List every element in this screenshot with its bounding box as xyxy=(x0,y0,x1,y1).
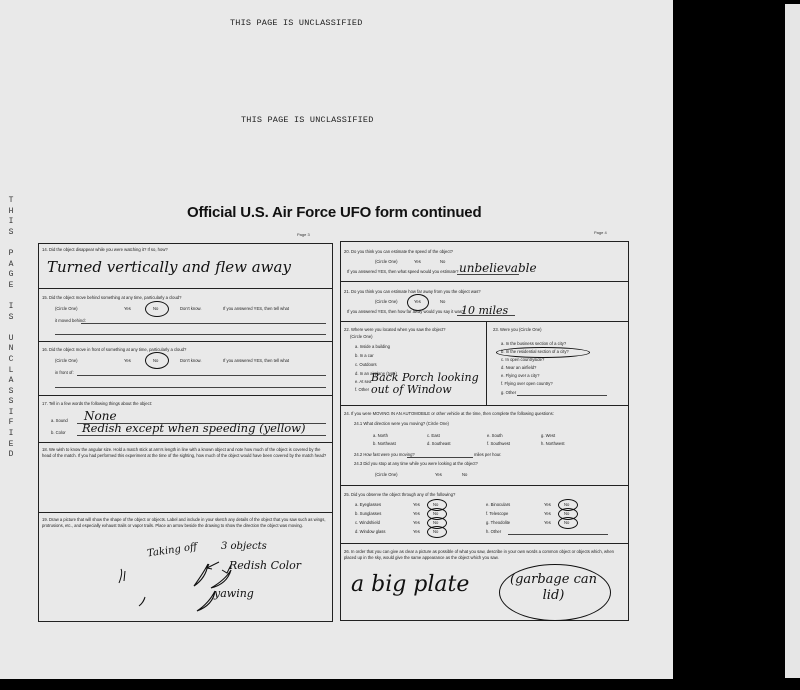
option-yes[interactable]: Yes xyxy=(544,520,551,526)
question-23-text: 23. Were you (Circle One) xyxy=(493,327,542,333)
location-option-c[interactable]: c. Outdoors xyxy=(355,362,377,368)
circle-one-label: (Circle One) xyxy=(375,259,398,265)
stamp-letter: I xyxy=(6,302,16,313)
stamp-letter xyxy=(6,238,16,249)
stamp-letter: I xyxy=(6,429,16,440)
direction-northwest[interactable]: h. Northwest xyxy=(541,441,565,447)
stamp-letter: A xyxy=(6,376,16,387)
option-no[interactable]: No xyxy=(462,472,467,478)
option-yes[interactable]: Yes xyxy=(414,259,421,265)
stamp-letter: S xyxy=(6,397,16,408)
stamp-letter: S xyxy=(6,387,16,398)
direction-west[interactable]: g. West xyxy=(541,433,555,439)
classification-stamp-top: THIS PAGE IS UNCLASSIFIED xyxy=(230,18,363,28)
observation-label: g. Theodolite xyxy=(486,520,510,526)
question-15: 15. Did the object move behind something… xyxy=(39,289,332,342)
stamp-letter: E xyxy=(6,281,16,292)
direction-southeast[interactable]: d. Southeast xyxy=(427,441,451,447)
question-17: 17. Tell in a few words the following th… xyxy=(39,396,332,443)
adjacent-page-edge xyxy=(785,4,800,678)
question-15-text: 15. Did the object move behind something… xyxy=(42,295,181,301)
observation-label: c. Windshield xyxy=(355,520,380,526)
answer-circle xyxy=(558,517,578,529)
question-22-23: 22. Where were you located when you saw … xyxy=(341,322,628,406)
observation-label: b. Sunglasses xyxy=(355,511,381,517)
direction-northeast[interactable]: b. Northeast xyxy=(373,441,396,447)
question-16-text: 16. Did the object move in front of some… xyxy=(42,347,186,353)
direction-north[interactable]: a. North xyxy=(373,433,388,439)
question-20: 20. Do you think you can estimate the sp… xyxy=(341,242,628,282)
classification-stamp-mid: THIS PAGE IS UNCLASSIFIED xyxy=(241,115,374,125)
question-14-text: 14. Did the object disappear while you w… xyxy=(42,247,168,253)
circle-one-label: (Circle One) xyxy=(350,334,373,340)
answer-line[interactable] xyxy=(81,323,326,324)
speed-unit: miles per hour. xyxy=(474,452,501,458)
question-24: 24. If you were MOVING IN AN AUTOMOBILE … xyxy=(341,406,628,486)
question-14: 14. Did the object disappear while you w… xyxy=(39,244,332,289)
stamp-letter: H xyxy=(6,207,16,218)
option-yes[interactable]: Yes xyxy=(124,306,131,312)
option-dont-know[interactable]: Don't know. xyxy=(180,358,202,364)
option-no[interactable]: No xyxy=(440,299,445,305)
location-option-f[interactable]: f. Other xyxy=(355,387,369,393)
stamp-letter xyxy=(6,323,16,334)
answer-line[interactable] xyxy=(55,387,326,388)
circle-one-label: (Circle One) xyxy=(55,358,78,364)
observation-label: f. Telescope xyxy=(486,511,508,517)
answer-line[interactable] xyxy=(77,375,326,376)
stamp-letter: T xyxy=(6,196,16,207)
option-dont-know[interactable]: Don't know. xyxy=(180,306,202,312)
question-19: 19. Draw a picture that will show the sh… xyxy=(39,513,332,621)
question-24-2-text: 24.2 How fast were you moving? xyxy=(354,452,415,458)
answer-line xyxy=(77,435,326,436)
area-option-c[interactable]: c. In open countryside? xyxy=(501,357,544,363)
option-no[interactable]: No xyxy=(440,259,445,265)
form-page-3: 14. Did the object disappear while you w… xyxy=(38,243,333,622)
location-option-a[interactable]: a. Inside a building xyxy=(355,344,390,350)
stamp-letter: S xyxy=(6,228,16,239)
observation-label: a. Eyeglasses xyxy=(355,502,381,508)
question-19-text: 19. Draw a picture that will show the sh… xyxy=(42,517,328,528)
sound-label: a. Sound xyxy=(51,418,68,424)
color-label: b. Color xyxy=(51,430,66,436)
circle-one-label: (Circle One) xyxy=(375,299,398,305)
circle-one-label: (Circle One) xyxy=(55,306,78,312)
followup-text: If you answered YES, then what speed wou… xyxy=(347,269,458,275)
column-divider xyxy=(486,322,487,405)
answer-circle xyxy=(145,301,169,317)
option-yes[interactable]: Yes xyxy=(413,520,420,526)
question-25: 25. Did you observe the object through a… xyxy=(341,486,628,544)
answer-14[interactable]: Turned vertically and flew away xyxy=(47,258,291,276)
area-option-d[interactable]: d. Near an airfield? xyxy=(501,365,536,371)
option-yes[interactable]: Yes xyxy=(413,529,420,535)
speed-input-line[interactable] xyxy=(407,457,473,458)
question-26-text: 26. In order that you can give as clear … xyxy=(344,549,624,560)
stamp-letter: G xyxy=(6,270,16,281)
stamp-letter: E xyxy=(6,440,16,451)
stamp-letter: L xyxy=(6,366,16,377)
answer-22-other[interactable]: Back Porch looking out of Window xyxy=(371,372,479,396)
direction-south[interactable]: e. South xyxy=(487,433,503,439)
option-yes[interactable]: Yes xyxy=(544,511,551,517)
question-24-text: 24. If you were MOVING IN AN AUTOMOBILE … xyxy=(344,411,624,417)
answer-line[interactable] xyxy=(508,534,608,535)
circle-one-label: (Circle One) xyxy=(375,472,398,478)
area-option-g[interactable]: g. Other xyxy=(501,390,516,396)
page-number-left: Page 3 xyxy=(297,232,310,237)
followup-text: If you answered YES, then how far away w… xyxy=(347,309,464,315)
location-option-b[interactable]: b. In a car xyxy=(355,353,374,359)
answer-line[interactable] xyxy=(517,395,607,396)
answer-26-main[interactable]: a big plate xyxy=(351,572,469,597)
stamp-letter: D xyxy=(6,450,16,461)
observation-label: d. Window glass xyxy=(355,529,386,535)
page-title: Official U.S. Air Force UFO form continu… xyxy=(187,204,481,221)
stamp-letter: P xyxy=(6,249,16,260)
area-option-e[interactable]: e. Flying over a city? xyxy=(501,373,539,379)
option-yes[interactable]: Yes xyxy=(544,502,551,508)
question-20-text: 20. Do you think you can estimate the sp… xyxy=(344,249,453,255)
question-26: 26. In order that you can give as clear … xyxy=(341,544,628,620)
direction-southwest[interactable]: f. Southwest xyxy=(487,441,510,447)
question-22-text: 22. Where were you located when you saw … xyxy=(344,327,446,333)
stamp-letter: F xyxy=(6,418,16,429)
answer-line[interactable] xyxy=(55,334,326,335)
form-page-4: 20. Do you think you can estimate the sp… xyxy=(340,241,629,621)
classification-stamp-vertical: THIS PAGE IS UNCLASSIFIED xyxy=(6,196,16,461)
observation-label: h. Other xyxy=(486,529,501,535)
answer-circle xyxy=(427,526,447,538)
question-24-1-text: 24.1 What direction were you moving? (Ci… xyxy=(354,421,449,427)
stamp-letter: I xyxy=(6,408,16,419)
stamp-letter: A xyxy=(6,260,16,271)
question-21: 21. Do you think you can estimate how fa… xyxy=(341,282,628,322)
question-18: 18. We wish to know the angular size. Ho… xyxy=(39,443,332,513)
stamp-letter: C xyxy=(6,355,16,366)
option-yes[interactable]: Yes xyxy=(435,472,442,478)
answer-17b-color[interactable]: Redish except when speeding (yellow) xyxy=(82,421,306,435)
question-24-3-text: 24.3 Did you stop at any time while you … xyxy=(354,461,478,467)
area-option-f[interactable]: f. Flying over open country? xyxy=(501,381,553,387)
ufo-sketch-icon xyxy=(99,543,249,618)
option-yes[interactable]: Yes xyxy=(413,502,420,508)
answer-20-speed[interactable]: unbelievable xyxy=(459,261,537,275)
question-16: 16. Did the object move in front of some… xyxy=(39,342,332,396)
page-number-right: Page 4 xyxy=(594,230,607,235)
location-option-e[interactable]: e. At sea xyxy=(355,379,371,385)
question-18-text: 18. We wish to know the angular size. Ho… xyxy=(42,447,328,458)
observation-label: e. Binoculars xyxy=(486,502,510,508)
question-21-text: 21. Do you think you can estimate how fa… xyxy=(344,289,481,295)
stamp-letter: S xyxy=(6,313,16,324)
option-yes[interactable]: Yes xyxy=(413,511,420,517)
followup-text-2: in front of: xyxy=(55,370,74,376)
area-option-a[interactable]: a. In the business section of a city? xyxy=(501,341,566,347)
direction-east[interactable]: c. East xyxy=(427,433,440,439)
stamp-letter xyxy=(6,291,16,302)
document-page: THIS PAGE IS UNCLASSIFIED THIS PAGE IS U… xyxy=(0,0,673,679)
stamp-letter: I xyxy=(6,217,16,228)
stamp-letter: U xyxy=(6,334,16,345)
stamp-letter: N xyxy=(6,344,16,355)
followup-text: If you answered YES, then tell what xyxy=(223,358,289,364)
question-17-text: 17. Tell in a few words the following th… xyxy=(42,401,152,407)
followup-text: If you answered YES, then tell what xyxy=(223,306,289,312)
question-25-text: 25. Did you observe the object through a… xyxy=(344,492,455,498)
parenthetical-circle xyxy=(499,564,611,621)
option-yes[interactable]: Yes xyxy=(124,358,131,364)
answer-21-distance[interactable]: 10 miles xyxy=(461,304,508,317)
answer-circle xyxy=(145,352,169,369)
